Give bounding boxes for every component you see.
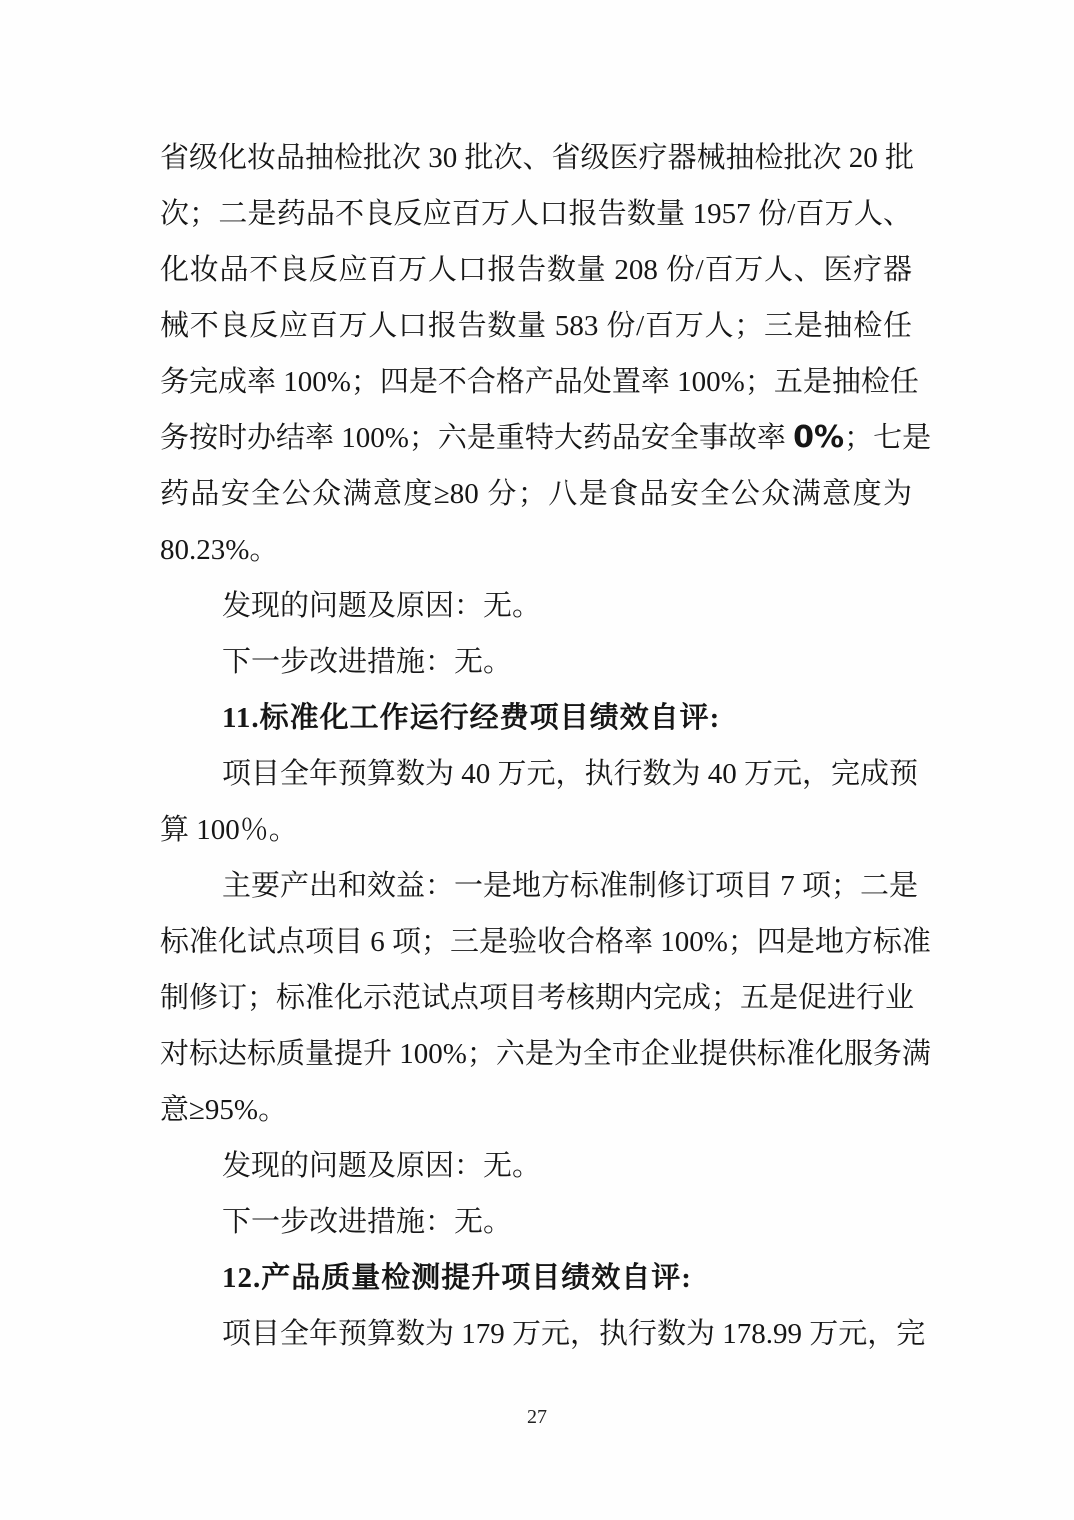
text-line: 务按时办结率 100%；六是重特大药品安全事故率 0%；七是 bbox=[160, 410, 912, 466]
document-page: 省级化妆品抽检批次 30 批次、省级医疗器械抽检批次 20 批 次；二是药品不良… bbox=[0, 0, 1074, 1520]
text-line: 意≥95%。 bbox=[160, 1082, 912, 1138]
section-heading-12: 12.产品质量检测提升项目绩效自评: bbox=[160, 1250, 912, 1306]
text-line: 务完成率 100%；四是不合格产品处置率 100%；五是抽检任 bbox=[160, 354, 912, 410]
text-line: 标准化试点项目 6 项；三是验收合格率 100%；四是地方标准 bbox=[160, 914, 912, 970]
text-line: 制修订；标准化示范试点项目考核期内完成；五是促进行业 bbox=[160, 970, 912, 1026]
text-line: 次；二是药品不良反应百万人口报告数量 1957 份/百万人、 bbox=[160, 186, 912, 242]
text-line: 下一步改进措施：无。 bbox=[160, 1194, 912, 1250]
text-segment: 务按时办结率 100%；六是重特大药品安全事故率 bbox=[160, 422, 793, 454]
text-line: 主要产出和效益：一是地方标准制修订项目 7 项；二是 bbox=[160, 858, 912, 914]
text-line: 械不良反应百万人口报告数量 583 份/百万人；三是抽检任 bbox=[160, 298, 912, 354]
text-line: 发现的问题及原因：无。 bbox=[160, 1138, 912, 1194]
page-number: 27 bbox=[0, 1403, 1074, 1431]
text-line: 省级化妆品抽检批次 30 批次、省级医疗器械抽检批次 20 批 bbox=[160, 130, 912, 186]
text-line: 项目全年预算数为 179 万元，执行数为 178.99 万元，完 bbox=[160, 1306, 912, 1362]
text-line: 下一步改进措施：无。 bbox=[160, 634, 912, 690]
text-line: 算 100％。 bbox=[160, 802, 912, 858]
text-line: 项目全年预算数为 40 万元，执行数为 40 万元，完成预 bbox=[160, 746, 912, 802]
text-line: 化妆品不良反应百万人口报告数量 208 份/百万人、医疗器 bbox=[160, 242, 912, 298]
text-segment: ；七是 bbox=[844, 422, 931, 454]
text-line: 发现的问题及原因：无。 bbox=[160, 578, 912, 634]
text-line: 药品安全公众满意度≥80 分；八是食品安全公众满意度为 bbox=[160, 466, 912, 522]
text-line: 80.23%。 bbox=[160, 522, 912, 578]
section-heading-11: 11.标准化工作运行经费项目绩效自评: bbox=[160, 690, 912, 746]
text-segment-emphasis: 0% bbox=[793, 420, 844, 455]
document-body: 省级化妆品抽检批次 30 批次、省级医疗器械抽检批次 20 批 次；二是药品不良… bbox=[160, 130, 912, 1362]
text-line: 对标达标质量提升 100%；六是为全市企业提供标准化服务满 bbox=[160, 1026, 912, 1082]
